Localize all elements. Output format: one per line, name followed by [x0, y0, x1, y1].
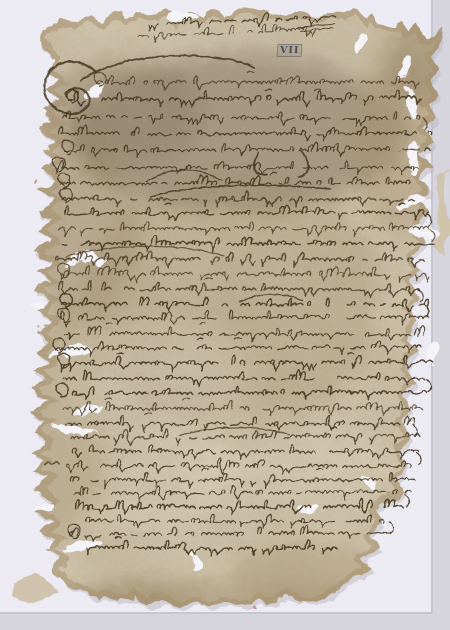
- folio-number-stamp: VII: [277, 44, 303, 57]
- manuscript-scan: [0, 0, 450, 630]
- scanner-background: VII: [0, 0, 450, 630]
